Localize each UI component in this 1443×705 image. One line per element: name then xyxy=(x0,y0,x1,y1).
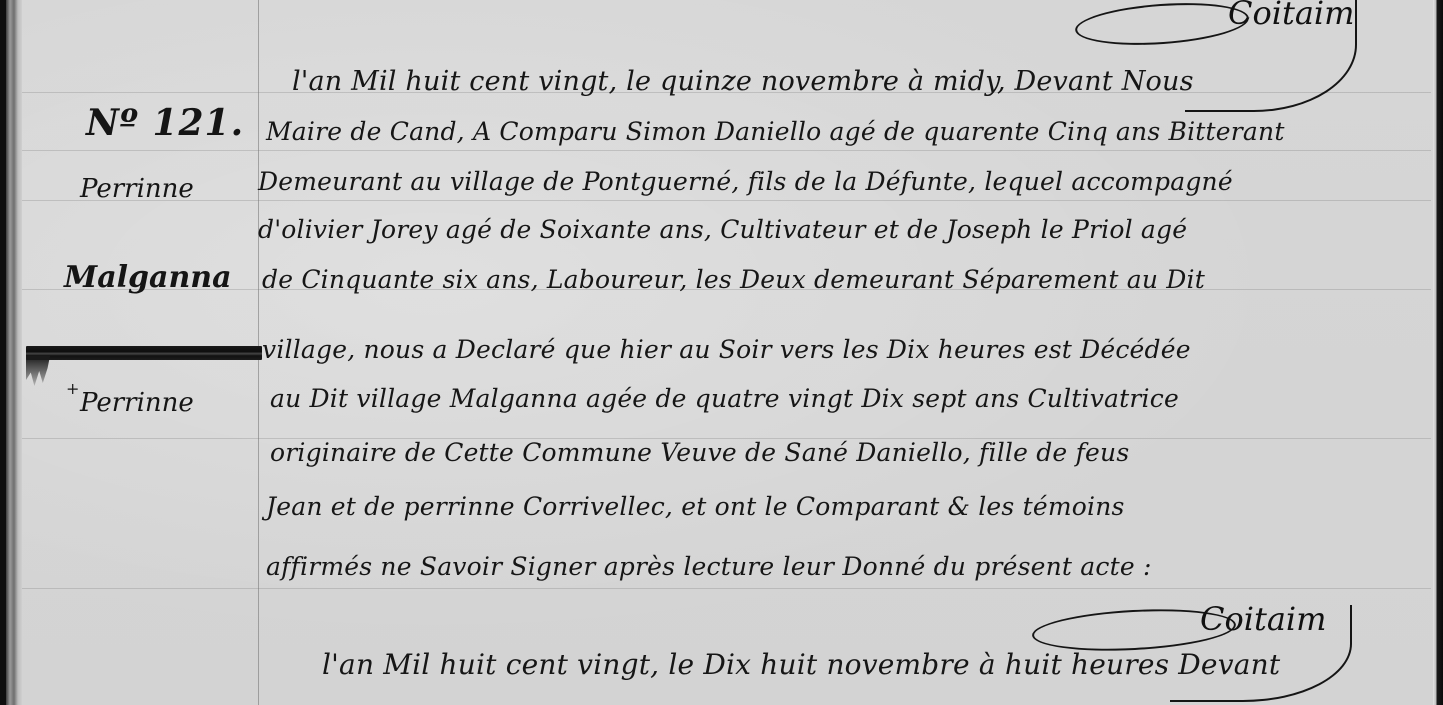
record-line: village, nous a Declaré que hier au Soir… xyxy=(262,335,1191,364)
record-line: affirmés ne Savoir Signer après lecture … xyxy=(266,552,1152,581)
page-binding-dark-edge xyxy=(0,0,6,705)
margin-given-name: Perrinne xyxy=(80,174,194,204)
signature-top: Coitaim xyxy=(1228,0,1355,32)
annotation-mark: + xyxy=(66,379,79,398)
record-line: originaire de Cette Commune Veuve de San… xyxy=(270,438,1129,467)
record-number: Nº 121. xyxy=(86,102,244,144)
record-line: Maire de Cand, A Comparu Simon Daniello … xyxy=(266,117,1285,146)
record-line: au Dit village Malganna agée de quatre v… xyxy=(270,384,1179,413)
register-page: Nº 121. Perrinne Malganna + Perrinne l'a… xyxy=(0,0,1443,705)
page-edge-right xyxy=(1433,0,1443,705)
ink-blot xyxy=(26,356,50,386)
record-line: d'olivier Jorey agé de Soixante ans, Cul… xyxy=(258,215,1187,244)
record-separator-bar xyxy=(26,346,262,360)
record-line: Jean et de perrinne Corrivellec, et ont … xyxy=(266,492,1125,521)
record-line: Demeurant au village de Pontguerné, fils… xyxy=(258,167,1233,196)
signature-bottom: Coitaim xyxy=(1200,600,1327,638)
record-line: de Cinquante six ans, Laboureur, les Deu… xyxy=(262,265,1205,294)
next-record-opening-line: l'an Mil huit cent vingt, le Dix huit no… xyxy=(322,648,1280,681)
margin-surname: Malganna xyxy=(64,260,232,295)
margin-annotation-name: Perrinne xyxy=(80,388,194,418)
record-line: l'an Mil huit cent vingt, le quinze nove… xyxy=(292,66,1194,97)
